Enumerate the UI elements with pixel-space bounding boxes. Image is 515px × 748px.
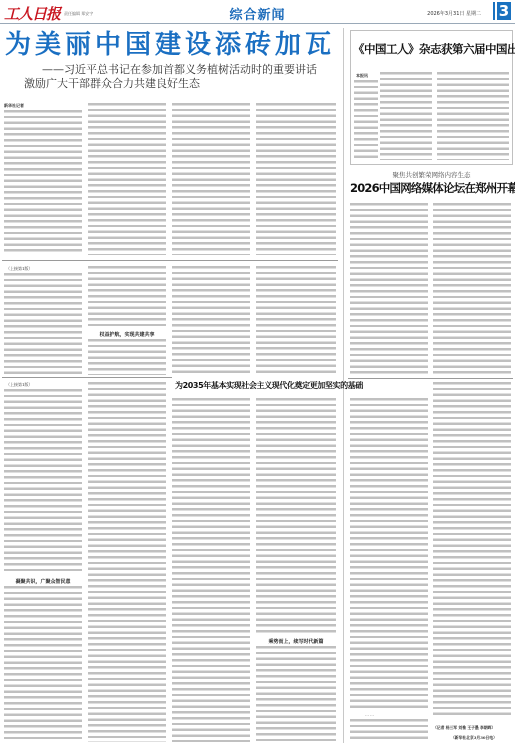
continued-tag-2: （上接第1版） <box>6 382 33 388</box>
subhead-rights: 权益护航，实现共建共享 <box>88 331 166 338</box>
middle-column-5a <box>350 398 428 708</box>
forum-kicker: 聚焦共创繁荣网络内容生态 <box>350 170 513 179</box>
subhead-consensus: 凝聚共识，广聚众智民意 <box>4 578 82 585</box>
middle-column-5b <box>350 719 428 742</box>
lower-left-column-2a <box>88 266 166 326</box>
lower-divider <box>2 377 172 378</box>
award-body-column-1b <box>354 80 378 160</box>
lower-left-column-2b <box>88 339 166 375</box>
middle-column-1b <box>4 586 82 742</box>
lead-body-column-3 <box>172 103 250 255</box>
lead-headline[interactable]: 为美丽中国建设添砖加瓦 <box>2 30 338 60</box>
forum-divider <box>348 378 513 379</box>
article-source: （新华社北京3月30日电） <box>451 735 497 741</box>
section-divider <box>2 260 338 261</box>
page-number: 3 <box>497 2 511 20</box>
lead-body-column-4 <box>256 103 336 255</box>
lead-body-column-1 <box>4 110 82 255</box>
middle-column-4b <box>256 646 336 742</box>
middle-column-3 <box>172 398 250 742</box>
middle-column-4a <box>256 398 336 634</box>
lead-body-column-2 <box>88 103 166 255</box>
lower-left-column-3 <box>172 266 250 375</box>
article-credits: （记者 杨三军 刘惟 王子墨 李朝晖） <box>433 725 495 731</box>
ellipsis-break: …… <box>365 712 375 717</box>
lead-subtitle-1: ——习近平总书记在参加首都义务植树活动时的重要讲话 <box>2 63 338 77</box>
issue-date: 2026年3月31日 星期二 <box>427 10 481 17</box>
forum-headline[interactable]: 2026中国网络媒体论坛在郑州开幕 <box>350 180 513 196</box>
middle-headline[interactable]: 为2035年基本实现社会主义现代化奠定更加坚实的基础 <box>175 380 390 391</box>
lower-left-column-4 <box>256 266 336 375</box>
lead-subtitle-2: 激励广大干部群众合力共建良好生态 <box>2 77 338 91</box>
masthead: 工人日报 责任编辑 郑安宇 综合新闻 2026年3月31日 星期二 3 <box>0 0 515 24</box>
forum-body-column-2 <box>433 203 511 375</box>
middle-column-2 <box>88 382 166 742</box>
middle-column-1a <box>4 389 82 574</box>
middle-column-6 <box>433 382 511 718</box>
award-headline[interactable]: 《中国工人》杂志获第六届中国出版政府奖 <box>353 41 513 57</box>
continued-tag-1: （上接第1版） <box>6 266 33 272</box>
award-byline: 本报讯 <box>356 73 368 79</box>
lead-article-header: 为美丽中国建设添砖加瓦 ——习近平总书记在参加首都义务植树活动时的重要讲话 激励… <box>2 30 338 91</box>
lower-left-column-1 <box>4 273 82 375</box>
forum-body-column-1 <box>350 203 428 375</box>
award-body-column-1 <box>380 72 432 160</box>
award-body-column-2 <box>437 72 509 160</box>
lead-byline: 新华社记者 <box>4 103 24 109</box>
subhead-new-chapter: 乘势而上，续写时代新篇 <box>256 638 336 645</box>
